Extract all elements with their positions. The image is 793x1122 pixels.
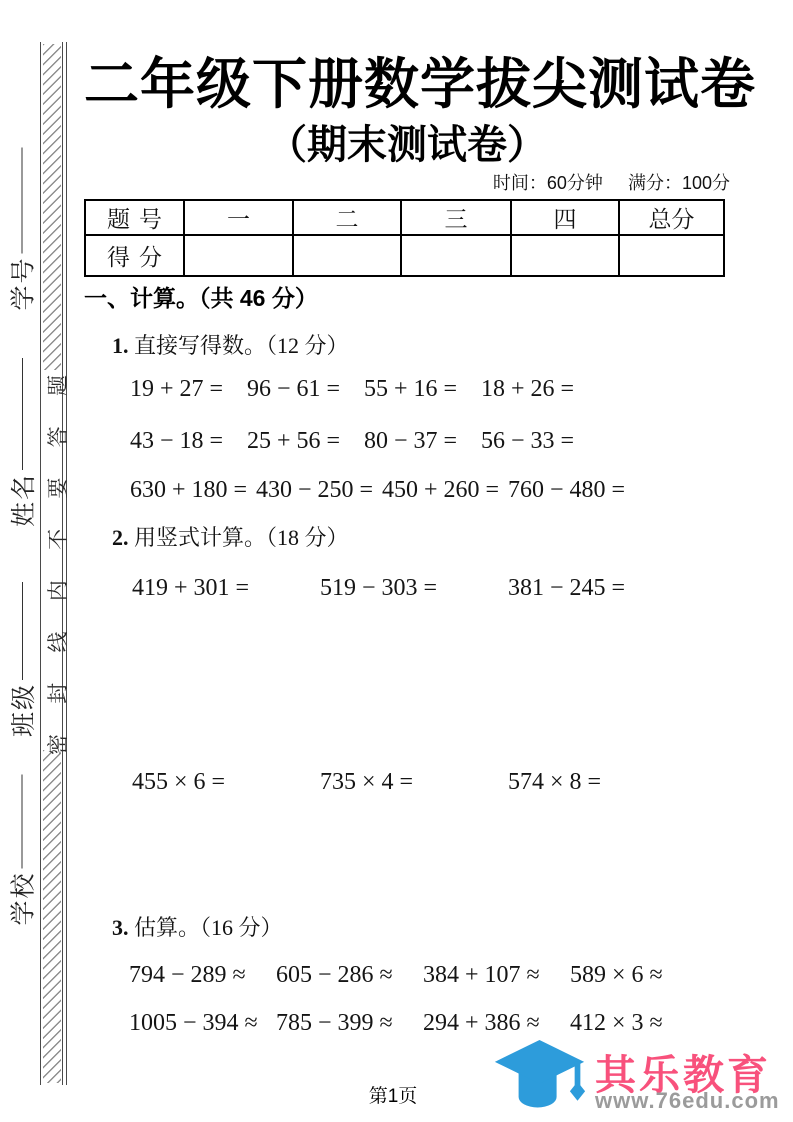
student-id-label: 学号	[4, 256, 40, 310]
seal-border-line-left	[40, 42, 41, 1085]
problem-1-heading: 1. 直接写得数。（12 分）	[112, 329, 349, 360]
score-cell-2	[293, 235, 401, 276]
seal-hatch-top	[43, 44, 61, 370]
student-id-blank-line	[21, 147, 23, 253]
student-name-blank-line	[21, 358, 23, 470]
full-score: 满分：100分	[628, 173, 730, 193]
equation: 96 − 61 =	[247, 376, 364, 403]
school-field: 学校	[7, 771, 37, 926]
equation: 384 + 107 ≈	[423, 962, 570, 989]
seal-line-text: 密 封 线 内 不 要 答 题	[42, 375, 66, 755]
time-limit: 时间：60分钟	[493, 173, 603, 193]
equation: 80 − 37 =	[364, 428, 481, 455]
equation: 1005 − 394 ≈	[129, 1010, 276, 1037]
score-table: 题号 一 二 三 四 总分 得分	[84, 199, 725, 277]
school-blank-line	[21, 774, 23, 868]
problem-1-title: 直接写得数。（12 分）	[134, 333, 349, 358]
problem-1-row-2: 43 − 18 = 25 + 56 = 80 − 37 = 56 − 33 =	[130, 428, 598, 455]
equation: 450 + 260 =	[382, 477, 508, 504]
problem-3-row-2: 1005 − 394 ≈ 785 − 399 ≈ 294 + 386 ≈ 412…	[129, 1010, 717, 1037]
equation: 19 + 27 =	[130, 376, 247, 403]
equation: 412 × 3 ≈	[570, 1010, 717, 1037]
class-label: 班级	[4, 683, 40, 737]
score-row-label: 得分	[85, 235, 184, 276]
equation: 605 − 286 ≈	[276, 962, 423, 989]
student-name-label: 姓名	[4, 473, 40, 527]
school-label: 学校	[4, 871, 40, 925]
student-name-field: 姓名	[7, 345, 37, 527]
problem-2-row-1: 419 + 301 = 519 − 303 = 381 − 245 =	[132, 575, 696, 602]
score-table-score-row: 得分	[85, 235, 724, 276]
problem-1-number: 1.	[112, 333, 129, 358]
equation: 519 − 303 =	[320, 575, 508, 602]
equation: 25 + 56 =	[247, 428, 364, 455]
page-subtitle: （期末测试卷）	[84, 113, 730, 170]
score-cell-total	[619, 235, 724, 276]
equation: 760 − 480 =	[508, 477, 634, 504]
page-title: 二年级下册数学拔尖测试卷	[84, 40, 730, 119]
score-cell-1	[184, 235, 293, 276]
exam-meta: 时间：60分钟 满分：100分	[84, 169, 730, 195]
score-cell-4	[511, 235, 619, 276]
equation: 735 × 4 =	[320, 769, 508, 796]
equation: 381 − 245 =	[508, 575, 696, 602]
header-section-1: 一	[184, 200, 293, 235]
problem-1-row-3: 630 + 180 = 430 − 250 = 450 + 260 = 760 …	[130, 477, 634, 504]
equation: 589 × 6 ≈	[570, 962, 717, 989]
problem-1-row-1: 19 + 27 = 96 − 61 = 55 + 16 = 18 + 26 =	[130, 376, 598, 403]
class-blank-line	[21, 582, 23, 680]
problem-3-title: 估算。（16 分）	[134, 915, 283, 940]
seal-char: 内	[42, 580, 66, 601]
problem-3-heading: 3. 估算。（16 分）	[112, 911, 283, 942]
problem-3-row-1: 794 − 289 ≈ 605 − 286 ≈ 384 + 107 ≈ 589 …	[129, 962, 717, 989]
equation: 43 − 18 =	[130, 428, 247, 455]
score-cell-3	[401, 235, 511, 276]
equation: 55 + 16 =	[364, 376, 481, 403]
equation: 430 − 250 =	[256, 477, 382, 504]
seal-char: 要	[42, 478, 66, 499]
seal-char: 封	[42, 683, 66, 704]
equation: 794 − 289 ≈	[129, 962, 276, 989]
equation: 18 + 26 =	[481, 376, 598, 403]
test-paper-page: 密 封 线 内 不 要 答 题 学号 姓名 班级 学校 二年级下册数学拔尖测试卷…	[0, 0, 793, 1122]
seal-border-line-outer	[66, 42, 67, 1085]
score-table-header-row: 题号 一 二 三 四 总分	[85, 200, 724, 235]
seal-char: 不	[42, 529, 66, 550]
equation: 294 + 386 ≈	[423, 1010, 570, 1037]
problem-2-title: 用竖式计算。（18 分）	[134, 525, 349, 550]
section-1-heading: 一、计算。（共 46 分）	[84, 280, 318, 313]
seal-char: 密	[42, 734, 66, 755]
equation: 785 − 399 ≈	[276, 1010, 423, 1037]
class-field: 班级	[7, 577, 37, 737]
problem-2-row-2: 455 × 6 = 735 × 4 = 574 × 8 =	[132, 769, 696, 796]
problem-2-heading: 2. 用竖式计算。（18 分）	[112, 521, 349, 552]
seal-char: 线	[42, 631, 66, 652]
problem-3-number: 3.	[112, 915, 129, 940]
brand-website: www.76edu.com	[595, 1088, 790, 1114]
seal-char: 答	[42, 426, 66, 447]
header-section-4: 四	[511, 200, 619, 235]
equation: 56 − 33 =	[481, 428, 598, 455]
equation: 419 + 301 =	[132, 575, 320, 602]
header-question-number: 题号	[85, 200, 184, 235]
student-id-field: 学号	[7, 146, 37, 311]
equation: 630 + 180 =	[130, 477, 256, 504]
header-section-2: 二	[293, 200, 401, 235]
equation: 455 × 6 =	[132, 769, 320, 796]
graduation-cap-icon	[492, 1036, 587, 1120]
seal-hatch-bottom	[43, 750, 61, 1083]
header-section-3: 三	[401, 200, 511, 235]
seal-char: 题	[42, 375, 66, 396]
problem-2-number: 2.	[112, 525, 129, 550]
header-total: 总分	[619, 200, 724, 235]
equation: 574 × 8 =	[508, 769, 696, 796]
